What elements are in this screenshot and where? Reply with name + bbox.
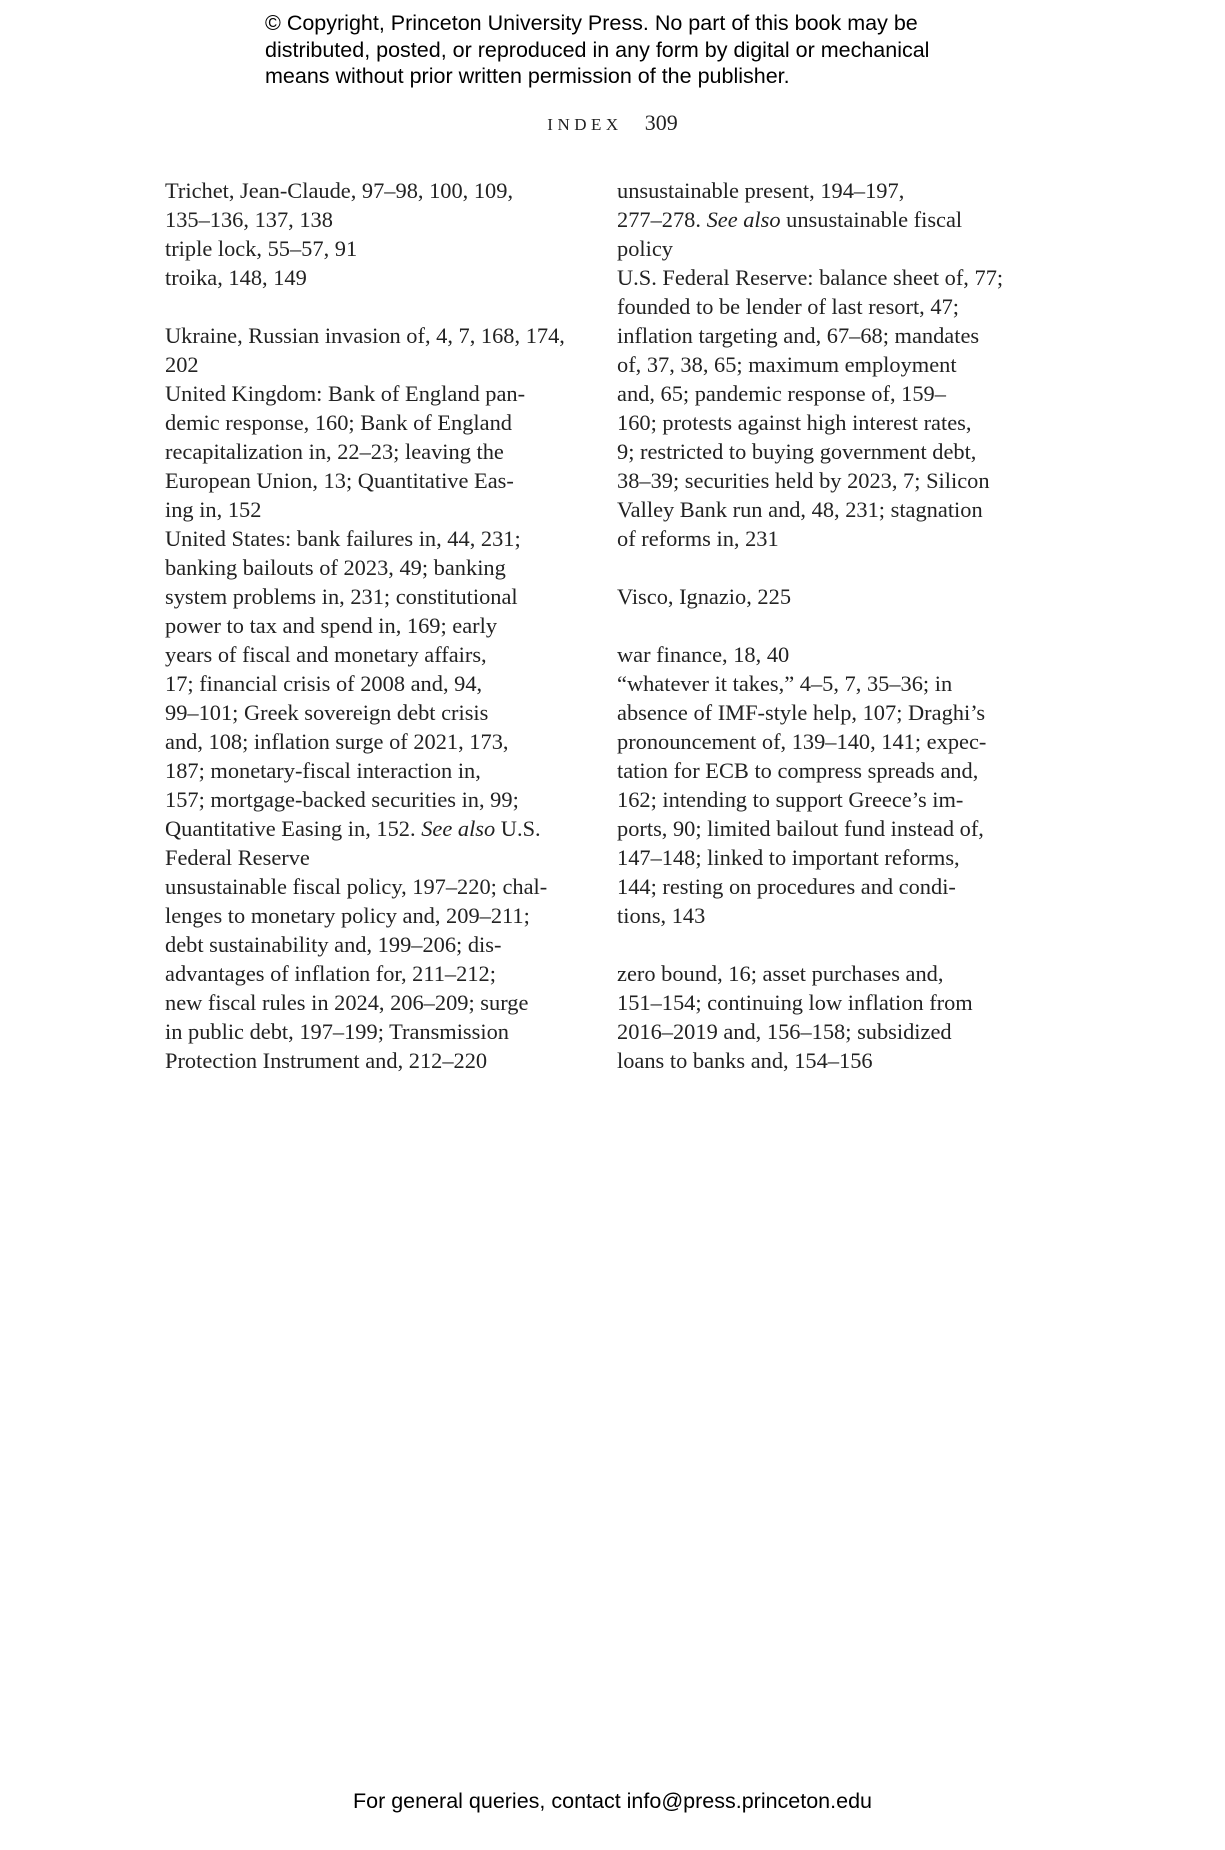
page-number: 309 xyxy=(645,110,678,135)
entry-line: 2016–2019 and, 156–158; subsidized xyxy=(642,1017,1047,1046)
index-entry-unsustainable-present: unsustainable present, 194–197, 277–278.… xyxy=(617,176,1047,263)
see-also-label: See also xyxy=(421,816,495,841)
cross-reference: unsustainable fiscal xyxy=(781,207,963,232)
index-entry-war-finance: war finance, 18, 40 xyxy=(617,640,1047,669)
letter-group-gap xyxy=(617,553,1047,582)
entry-line: United States: bank failures in, 44, 231… xyxy=(190,524,595,553)
entry-line: 135–136, 137, 138 xyxy=(190,205,595,234)
entry-line: zero bound, 16; asset purchases and, xyxy=(642,959,1047,988)
entry-line: tions, 143 xyxy=(642,901,1047,930)
entry-line: ing in, 152 xyxy=(190,495,595,524)
entry-line: years of fiscal and monetary affairs, xyxy=(190,640,595,669)
letter-group-gap xyxy=(165,292,595,321)
entry-line: triple lock, 55–57, 91 xyxy=(190,234,595,263)
index-entry-triple-lock: triple lock, 55–57, 91 xyxy=(165,234,595,263)
entry-line: unsustainable fiscal policy, 197–220; ch… xyxy=(190,872,595,901)
index-entry-troika: troika, 148, 149 xyxy=(165,263,595,292)
entry-line: and, 108; inflation surge of 2021, 173, xyxy=(190,727,595,756)
entry-line: banking bailouts of 2023, 49; banking xyxy=(190,553,595,582)
entry-line: war finance, 18, 40 xyxy=(642,640,1047,669)
entry-line: 202 xyxy=(190,350,595,379)
index-entry-united-kingdom: United Kingdom: Bank of England pan- dem… xyxy=(165,379,595,524)
entry-line: loans to banks and, 154–156 xyxy=(642,1046,1047,1075)
entry-line: founded to be lender of last resort, 47; xyxy=(642,292,1047,321)
footer-contact: For general queries, contact info@press.… xyxy=(0,1789,1225,1814)
entry-line: advantages of inflation for, 211–212; xyxy=(190,959,595,988)
index-entry-whatever-it-takes: “whatever it takes,” 4–5, 7, 35–36; in a… xyxy=(617,669,1047,930)
entry-line: European Union, 13; Quantitative Eas- xyxy=(190,466,595,495)
index-column-right: unsustainable present, 194–197, 277–278.… xyxy=(617,176,1047,1075)
letter-group-gap xyxy=(617,611,1047,640)
cross-reference: Federal Reserve xyxy=(190,843,595,872)
index-entry-us-federal-reserve: U.S. Federal Reserve: balance sheet of, … xyxy=(617,263,1047,553)
entry-line: of reforms in, 231 xyxy=(642,524,1047,553)
entry-line: absence of IMF-style help, 107; Draghi’s xyxy=(642,698,1047,727)
entry-text: 277–278. xyxy=(617,207,707,232)
copyright-line: distributed, posted, or reproduced in an… xyxy=(265,37,1025,64)
index-entry-zero-bound: zero bound, 16; asset purchases and, 151… xyxy=(617,959,1047,1075)
section-label: INDEX xyxy=(547,115,622,134)
entry-line: 187; monetary-fiscal interaction in, xyxy=(190,756,595,785)
entry-line: Visco, Ignazio, 225 xyxy=(642,582,1047,611)
copyright-notice: © Copyright, Princeton University Press.… xyxy=(265,10,1025,90)
entry-line: ports, 90; limited bailout fund instead … xyxy=(642,814,1047,843)
entry-line: in public debt, 197–199; Transmission xyxy=(190,1017,595,1046)
letter-group-gap xyxy=(617,930,1047,959)
entry-line: Protection Instrument and, 212–220 xyxy=(190,1046,595,1075)
see-also-line: 277–278. See also unsustainable fiscal xyxy=(642,205,1047,234)
entry-line: of, 37, 38, 65; maximum employment xyxy=(642,350,1047,379)
index-entry-ukraine: Ukraine, Russian invasion of, 4, 7, 168,… xyxy=(165,321,595,379)
entry-line: Valley Bank run and, 48, 231; stagnation xyxy=(642,495,1047,524)
entry-line: debt sustainability and, 199–206; dis- xyxy=(190,930,595,959)
index-column-left: Trichet, Jean-Claude, 97–98, 100, 109, 1… xyxy=(165,176,595,1075)
copyright-line: means without prior written permission o… xyxy=(265,63,1025,90)
index-entry-united-states: United States: bank failures in, 44, 231… xyxy=(165,524,595,872)
entry-line: recapitalization in, 22–23; leaving the xyxy=(190,437,595,466)
entry-line: new fiscal rules in 2024, 206–209; surge xyxy=(190,988,595,1017)
entry-line: 99–101; Greek sovereign debt crisis xyxy=(190,698,595,727)
entry-line: “whatever it takes,” 4–5, 7, 35–36; in xyxy=(642,669,1047,698)
entry-line: unsustainable present, 194–197, xyxy=(642,176,1047,205)
entry-text: Quantitative Easing in, 152. xyxy=(165,816,421,841)
entry-line: pronouncement of, 139–140, 141; expec- xyxy=(642,727,1047,756)
entry-line: 147–148; linked to important reforms, xyxy=(642,843,1047,872)
copyright-line: © Copyright, Princeton University Press.… xyxy=(265,10,1025,37)
running-head: INDEX309 xyxy=(0,110,1225,136)
entry-line: 9; restricted to buying government debt, xyxy=(642,437,1047,466)
entry-line: Ukraine, Russian invasion of, 4, 7, 168,… xyxy=(190,321,595,350)
see-also-label: See also xyxy=(707,207,781,232)
cross-reference: policy xyxy=(642,234,1047,263)
entry-line: troika, 148, 149 xyxy=(190,263,595,292)
entry-line: power to tax and spend in, 169; early xyxy=(190,611,595,640)
entry-line: 144; resting on procedures and condi- xyxy=(642,872,1047,901)
entry-line: and, 65; pandemic response of, 159– xyxy=(642,379,1047,408)
entry-line: 162; intending to support Greece’s im- xyxy=(642,785,1047,814)
index-entry-trichet: Trichet, Jean-Claude, 97–98, 100, 109, 1… xyxy=(165,176,595,234)
entry-line: 160; protests against high interest rate… xyxy=(642,408,1047,437)
entry-line: 38–39; securities held by 2023, 7; Silic… xyxy=(642,466,1047,495)
entry-line: inflation targeting and, 67–68; mandates xyxy=(642,321,1047,350)
entry-line: 17; financial crisis of 2008 and, 94, xyxy=(190,669,595,698)
index-entry-unsustainable-fiscal-policy: unsustainable fiscal policy, 197–220; ch… xyxy=(165,872,595,1075)
entry-line: 157; mortgage-backed securities in, 99; xyxy=(190,785,595,814)
entry-line: 151–154; continuing low inflation from xyxy=(642,988,1047,1017)
entry-line: tation for ECB to compress spreads and, xyxy=(642,756,1047,785)
cross-reference: U.S. xyxy=(495,816,540,841)
index-entry-visco: Visco, Ignazio, 225 xyxy=(617,582,1047,611)
entry-line: U.S. Federal Reserve: balance sheet of, … xyxy=(642,263,1047,292)
entry-line: demic response, 160; Bank of England xyxy=(190,408,595,437)
see-also-line: Quantitative Easing in, 152. See also U.… xyxy=(190,814,595,843)
entry-line: Trichet, Jean-Claude, 97–98, 100, 109, xyxy=(190,176,595,205)
entry-line: United Kingdom: Bank of England pan- xyxy=(190,379,595,408)
entry-line: lenges to monetary policy and, 209–211; xyxy=(190,901,595,930)
entry-line: system problems in, 231; constitutional xyxy=(190,582,595,611)
